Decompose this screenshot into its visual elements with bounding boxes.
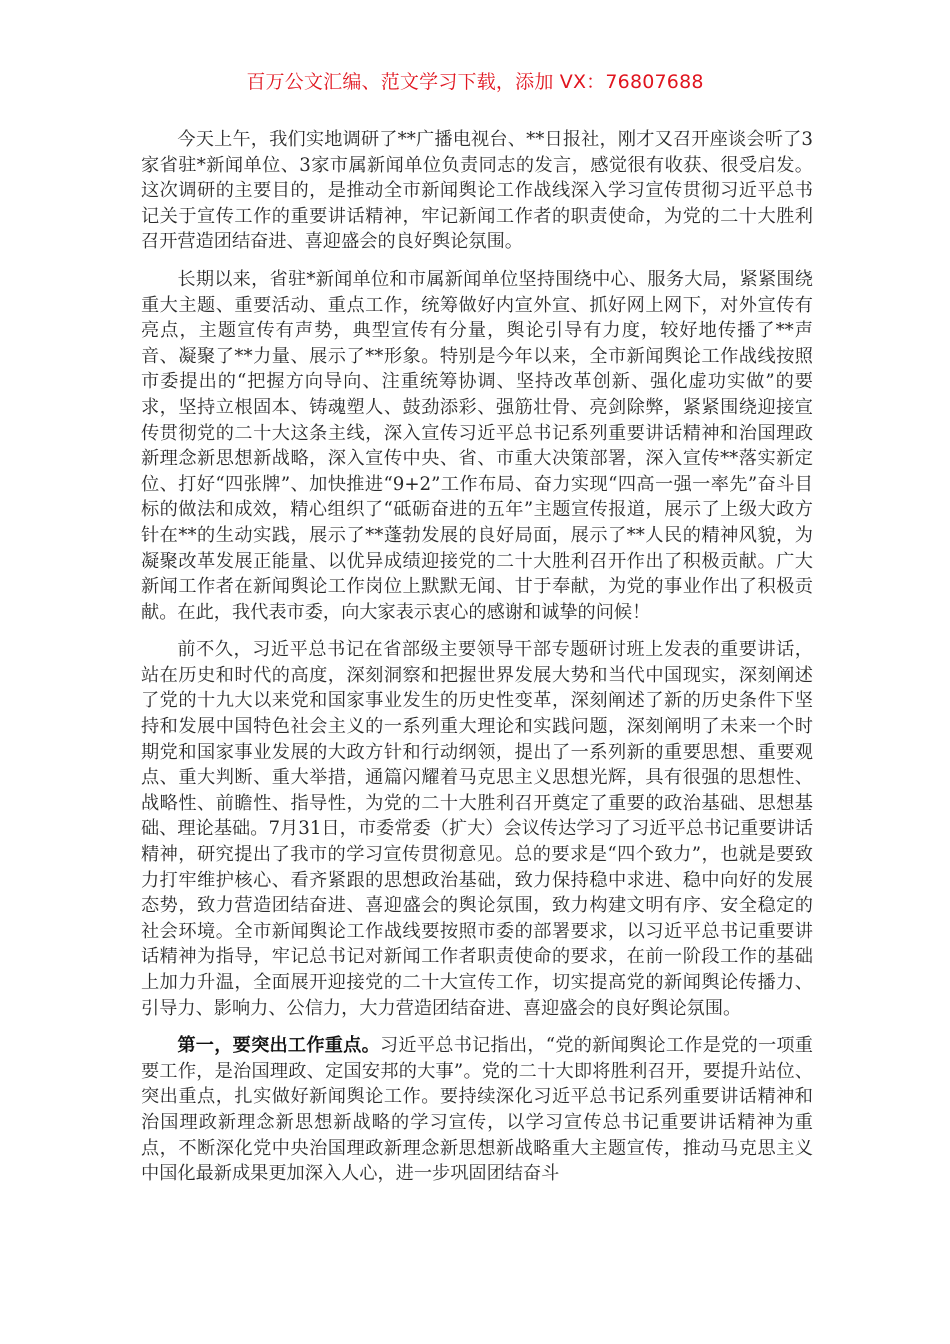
paragraph-intro: 今天上午，我们实地调研了**广播电视台、**日报社，刚才又召开座谈会听了3家省驻… [141, 127, 813, 255]
watermark-banner: 百万公文汇编、范文学习下载，添加 VX：76807688 [0, 67, 950, 94]
paragraph-speech-spirit: 前不久，习近平总书记在省部级主要领导干部专题研讨班上发表的重要讲话，站在历史和时… [141, 637, 813, 1021]
document-body: 今天上午，我们实地调研了**广播电视台、**日报社，刚才又召开座谈会听了3家省驻… [141, 127, 813, 1199]
paragraph-text: 长期以来，省驻*新闻单位和市属新闻单位坚持围绕中心、服务大局，紧紧围绕重大主题、… [141, 269, 813, 623]
paragraph-first-point: 第一，要突出工作重点。习近平总书记指出，“党的新闻舆论工作是党的一项重要工作，是… [141, 1033, 813, 1187]
paragraph-achievements: 长期以来，省驻*新闻单位和市属新闻单位坚持围绕中心、服务大局，紧紧围绕重大主题、… [141, 267, 813, 625]
paragraph-text: 今天上午，我们实地调研了**广播电视台、**日报社，刚才又召开座谈会听了3家省驻… [141, 129, 813, 252]
paragraph-text: 习近平总书记指出，“党的新闻舆论工作是党的一项重要工作，是治国理政、定国安邦的大… [141, 1035, 813, 1184]
paragraph-lead-heading: 第一，要突出工作重点。 [177, 1035, 380, 1056]
paragraph-text: 前不久，习近平总书记在省部级主要领导干部专题研讨班上发表的重要讲话，站在历史和时… [141, 639, 813, 1018]
document-page: 百万公文汇编、范文学习下载，添加 VX：76807688 今天上午，我们实地调研… [0, 0, 950, 1344]
